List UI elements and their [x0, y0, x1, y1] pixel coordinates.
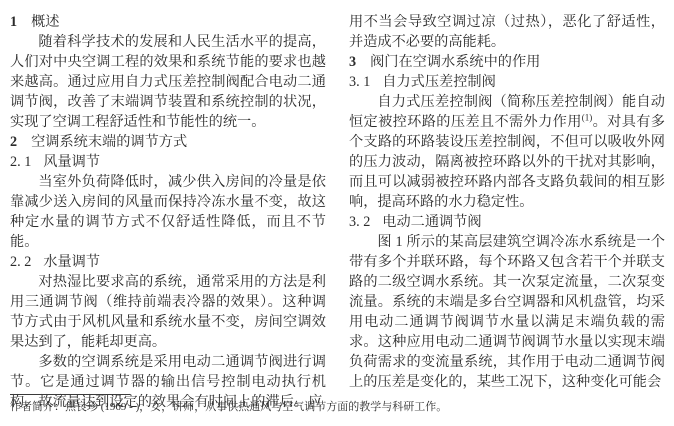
left-column: 1概述 随着科学技术的发展和人民生活水平的提高，人们对中央空调工程的效果和系统节…: [10, 12, 326, 412]
section-heading-2: 2空调系统末端的调节方式: [10, 132, 326, 152]
subsection-heading-2-2: 2. 2水量调节: [10, 252, 326, 272]
right-column: 用不当会导致空调过凉（过热），恶化了舒适性，并造成不必要的高能耗。 3阀门在空调…: [349, 12, 665, 412]
subsection-title: 风量调节: [43, 154, 100, 170]
section-heading-1: 1概述: [10, 12, 326, 32]
two-column-layout: 1概述 随着科学技术的发展和人民生活水平的提高，人们对中央空调工程的效果和系统节…: [10, 12, 665, 412]
subsection-number: 3. 2: [349, 214, 370, 230]
citation-reference: (1): [582, 112, 593, 122]
subsection-title: 电动二通调节阀: [382, 214, 481, 230]
paragraph-pressure-valve: 自力式压差控制阀（简称压差控制阀）能自动恒定被控环路的压差且不需外力作用(1)。…: [349, 92, 665, 212]
subsection-number: 2. 1: [10, 154, 31, 170]
paragraph-air-volume: 当室外负荷降低时，减少供入房间的冷量是依靠减少送入房间的风量而保持冷冻水量不变，…: [10, 172, 326, 252]
paragraph-electric-valve: 图 1 所示的某高层建筑空调冷冻水系统是一个带有多个并联环路，每个环路又包含若干…: [349, 232, 665, 392]
section-title: 概述: [31, 14, 59, 30]
paragraph-continuation: 用不当会导致空调过凉（过热），恶化了舒适性，并造成不必要的高能耗。: [349, 12, 665, 52]
section-title: 阀门在空调水系统中的作用: [370, 54, 540, 70]
section-heading-3: 3阀门在空调水系统中的作用: [349, 52, 665, 72]
section-number: 2: [10, 134, 17, 150]
author-bio-footnote: 作者简介：焦良珍 (1969 - )，女，讲师，从事供热通风与空气调节方面的教学…: [10, 400, 665, 414]
paper-page: 1概述 随着科学技术的发展和人民生活水平的提高，人们对中央空调工程的效果和系统节…: [0, 0, 674, 426]
subsection-title: 自力式压差控制阀: [382, 74, 496, 90]
subsection-heading-3-1: 3. 1自力式压差控制阀: [349, 72, 665, 92]
footnote-divider: [10, 394, 130, 395]
subsection-heading-2-1: 2. 1风量调节: [10, 152, 326, 172]
subsection-heading-3-2: 3. 2电动二通调节阀: [349, 212, 665, 232]
subsection-number: 3. 1: [349, 74, 370, 90]
subsection-number: 2. 2: [10, 254, 31, 270]
section-title: 空调系统末端的调节方式: [31, 134, 187, 150]
footnote-area: 作者简介：焦良珍 (1969 - )，女，讲师，从事供热通风与空气调节方面的教学…: [10, 394, 665, 414]
paragraph-water-volume-1: 对热湿比要求高的系统，通常采用的方法是利用三通调节阀（维持前端表冷器的效果）。这…: [10, 272, 326, 352]
paragraph-overview: 随着科学技术的发展和人民生活水平的提高，人们对中央空调工程的效果和系统节能的要求…: [10, 32, 326, 132]
section-number: 1: [10, 14, 17, 30]
section-number: 3: [349, 54, 356, 70]
subsection-title: 水量调节: [43, 254, 100, 270]
